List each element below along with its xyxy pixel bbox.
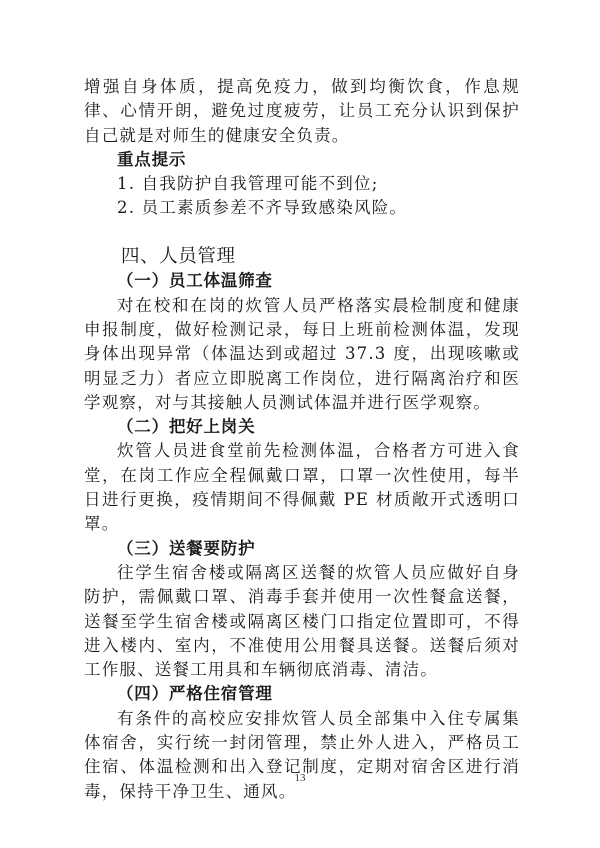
subsection-heading-temperature-screening: （一）员工体温筛查 [84,269,520,293]
subsection-heading-meal-delivery: （三）送餐要防护 [84,537,520,561]
key-points-title: 重点提示 [84,148,520,172]
document-page: 增强自身体质，提高免疫力，做到均衡饮食，作息规律、心情开朗，避免过度疲劳，让员工… [0,0,600,848]
page-content: 增强自身体质，提高免疫力，做到均衡饮食，作息规律、心情开朗，避免过度疲劳，让员工… [84,75,520,804]
subsection-body-accommodation: 有条件的高校应安排炊管人员全部集中入住专属集体宿舍，实行统一封闭管理，禁止外人进… [84,707,520,804]
subsection-heading-accommodation: （四）严格住宿管理 [84,682,520,706]
intro-paragraph: 增强自身体质，提高免疫力，做到均衡饮食，作息规律、心情开朗，避免过度疲劳，让员工… [84,75,520,148]
page-number: 13 [0,772,600,784]
key-point-item: 2. 员工素质参差不齐导致感染风险。 [84,196,520,220]
subsection-body-temperature-screening: 对在校和在岗的炊管人员严格落实晨检制度和健康申报制度，做好检测记录，每日上班前检… [84,294,520,415]
subsection-body-meal-delivery: 往学生宿舍楼或隔离区送餐的炊管人员应做好自身防护，需佩戴口罩、消毒手套并使用一次… [84,561,520,682]
subsection-heading-on-duty-check: （二）把好上岗关 [84,415,520,439]
section-heading: 四、人员管理 [84,245,520,269]
key-point-item: 1. 自我防护自我管理可能不到位; [84,172,520,196]
subsection-body-on-duty-check: 炊管人员进食堂前先检测体温，合格者方可进入食堂，在岗工作应全程佩戴口罩，口罩一次… [84,439,520,536]
